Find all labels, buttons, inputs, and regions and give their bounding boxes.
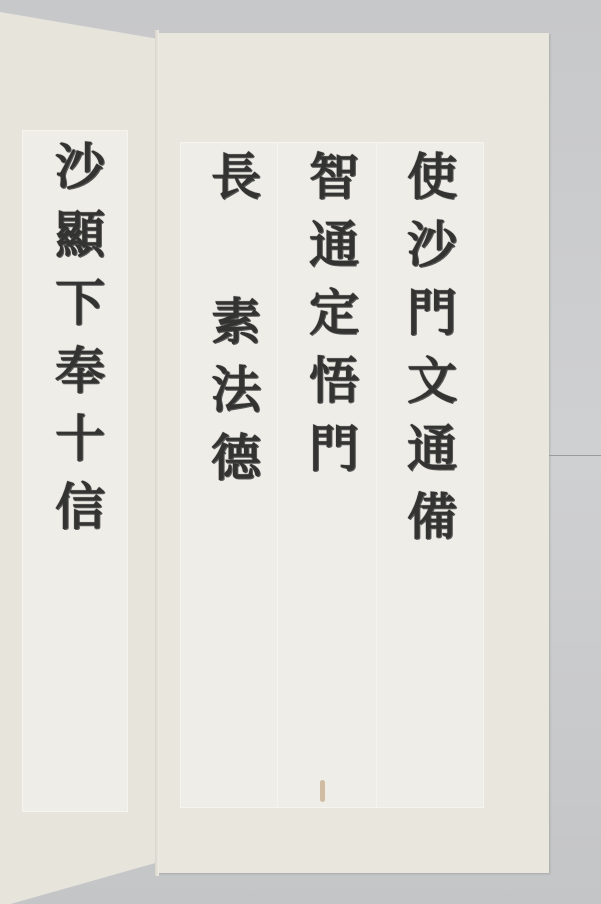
table-edge-line xyxy=(549,455,601,456)
page-fold xyxy=(155,30,159,876)
inscription-column-leftpage: 沙顯下奉十信 xyxy=(40,140,112,800)
paper-stain xyxy=(320,780,325,802)
inscription-column-left: 長 素法德 xyxy=(196,150,268,710)
inscription-column-right: 使沙門文通備 xyxy=(392,150,464,800)
inscription-column-middle: 智通定悟門 xyxy=(294,150,366,790)
